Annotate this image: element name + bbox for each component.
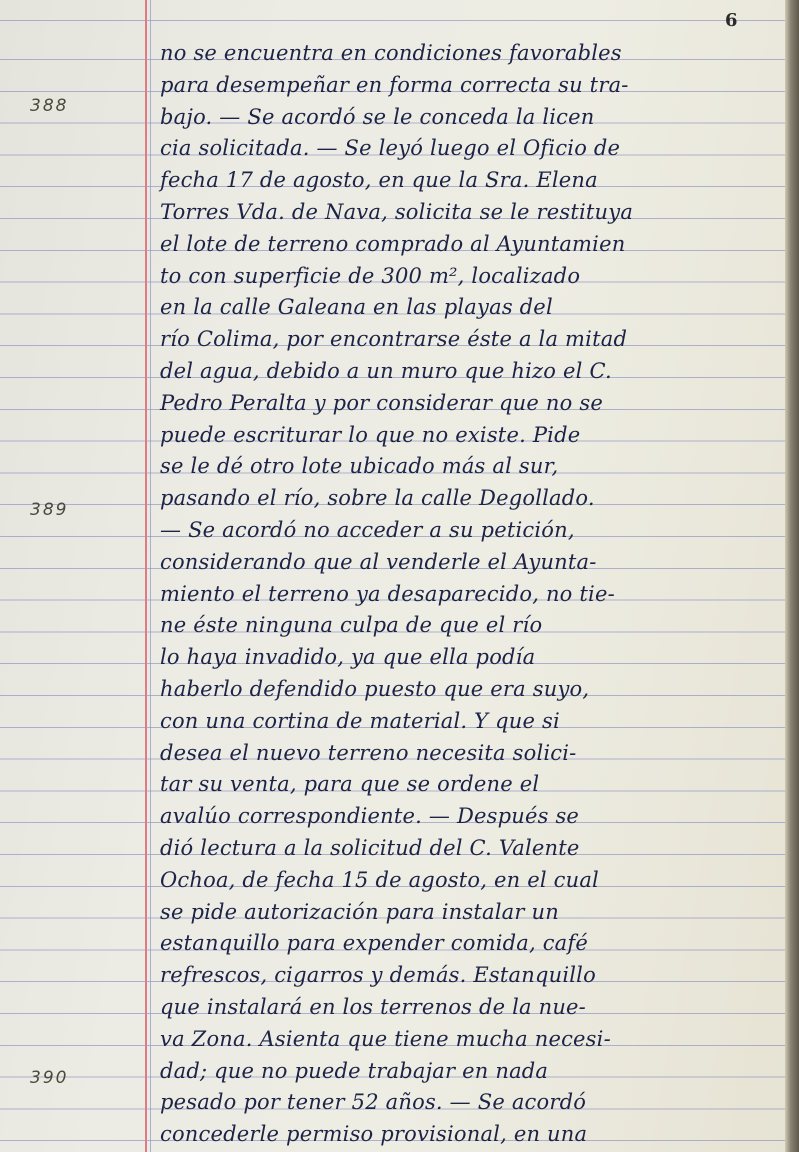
text-line: Torres Vda. de Nava, solicita se le rest… [160,197,790,229]
handwritten-body: no se encuentra en condiciones favorable… [160,38,790,1151]
ledger-page: 6 388 389 390 no se encuentra en condici… [0,0,793,1152]
text-line: se le dé otro lote ubicado más al sur, [160,451,790,483]
text-line: considerando que al venderle el Ayunta- [160,547,790,579]
text-line: pasando el río, sobre la calle Degollado… [160,483,790,515]
text-line: pesado por tener 52 años. — Se acordó [160,1087,790,1119]
text-line: va Zona. Asienta que tiene mucha necesi- [160,1024,790,1056]
text-line: estanquillo para expender comida, café [160,928,790,960]
text-line: refrescos, cigarros y demás. Estanquillo [160,960,790,992]
entry-number-388: 388 [30,96,68,116]
text-line: puede escriturar lo que no existe. Pide [160,420,790,452]
text-line: ne éste ninguna culpa de que el río [160,610,790,642]
text-line: avalúo correspondiente. — Después se [160,801,790,833]
text-line: bajo. — Se acordó se le conceda la licen [160,102,790,134]
text-line: dió lectura a la solicitud del C. Valent… [160,833,790,865]
text-line: tar su venta, para que se ordene el [160,769,790,801]
blue-margin-line [150,0,151,1152]
text-line: con una cortina de material. Y que si [160,706,790,738]
text-line: Ochoa, de fecha 15 de agosto, en el cual [160,865,790,897]
entry-number-390: 390 [30,1068,68,1088]
text-line: para desempeñar en forma correcta su tra… [160,70,790,102]
text-line: haberlo defendido puesto que era suyo, [160,674,790,706]
text-line: que instalará en los terrenos de la nue- [160,992,790,1024]
page-number: 6 [725,10,738,31]
text-line: no se encuentra en condiciones favorable… [160,38,790,70]
text-line: dad; que no puede trabajar en nada [160,1056,790,1088]
text-line: río Colima, por encontrarse éste a la mi… [160,324,790,356]
text-line: cia solicitada. — Se leyó luego el Ofici… [160,133,790,165]
text-line: Pedro Peralta y por considerar que no se [160,388,790,420]
red-margin-line [145,0,147,1152]
text-line: se pide autorización para instalar un [160,897,790,929]
text-line: fecha 17 de agosto, en que la Sra. Elena [160,165,790,197]
text-line: lo haya invadido, ya que ella podía [160,642,790,674]
text-line: miento el terreno ya desaparecido, no ti… [160,579,790,611]
text-line: — Se acordó no acceder a su petición, [160,515,790,547]
text-line: desea el nuevo terreno necesita solici- [160,738,790,770]
entry-number-389: 389 [30,500,68,520]
text-line: el lote de terreno comprado al Ayuntamie… [160,229,790,261]
text-line: en la calle Galeana en las playas del [160,292,790,324]
text-line: del agua, debido a un muro que hizo el C… [160,356,790,388]
text-line: to con superficie de 300 m², localizado [160,261,790,293]
page-edge-shadow [785,0,799,1152]
text-line: concederle permiso provisional, en una [160,1119,790,1151]
